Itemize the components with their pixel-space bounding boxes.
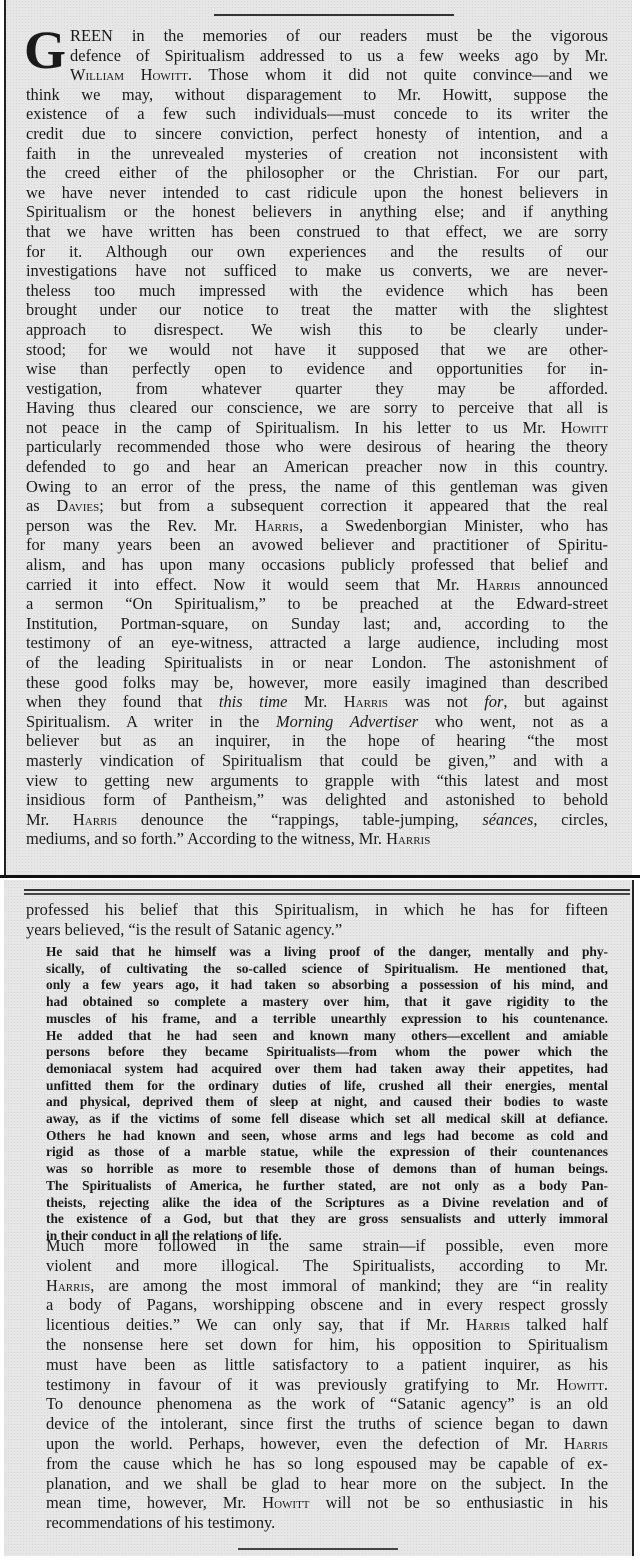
text-line: He said that he himself was a living pro… [26, 944, 608, 961]
text-line: stood; for we would not have it supposed… [26, 340, 608, 360]
text-line: faith in the unrevealed mysteries of cre… [26, 144, 608, 164]
text-line: The Spiritualists of America, he further… [26, 1178, 608, 1195]
text-line: was so horrible as more to resemble thos… [26, 1161, 608, 1178]
text-line: Others he had known and seen, whose arms… [26, 1128, 608, 1145]
closing-paragraph: Much more followed in the same strain—if… [26, 1236, 608, 1533]
text-line: approach to disrespect. We wish this to … [26, 320, 608, 340]
opening-paragraph: G REEN in the memories of our readers mu… [26, 26, 608, 849]
text-line: mediums, and so forth.” According to the… [26, 829, 608, 849]
text-line: Institution, Portman-square, on Sunday l… [26, 614, 608, 634]
text-line: Spiritualism. A writer in the Morning Ad… [26, 712, 608, 732]
text-line: for it. Although our own experiences and… [26, 242, 608, 262]
column-break-divider [0, 875, 640, 878]
text-line: only a few years ago, it had taken so ab… [26, 977, 608, 994]
text-line: rigid as those of a marble statue, while… [26, 1144, 608, 1161]
text-line: the nonsense here set down for him, his … [26, 1335, 608, 1355]
text-line: wise than perfectly open to evidence and… [26, 359, 608, 379]
text-line: violent and more illogical. The Spiritua… [26, 1256, 608, 1276]
text-line: view to getting new arguments to grapple… [26, 771, 608, 791]
text-line: Owing to an error of the press, the name… [26, 477, 608, 497]
text-line: a body of Pagans, worshipping obscene an… [26, 1295, 608, 1315]
text-line: a sermon “On Spiritualism,” to be preach… [26, 594, 608, 614]
text-line: investigations have not sufficed to make… [26, 261, 608, 281]
text-line: that we have written has been construed … [26, 222, 608, 242]
text-line: insidious form of Pantheism,” was deligh… [26, 790, 608, 810]
text-line: believer but as an inquirer, in the hope… [26, 731, 608, 751]
text-line: defended to go and hear an American prea… [26, 457, 608, 477]
text-line: Having thus cleared our conscience, we a… [26, 398, 608, 418]
text-line: unfitted them for the ordinary duties of… [26, 1078, 608, 1095]
text-line: licentious deities.” We can only say, th… [26, 1315, 608, 1335]
text-line: To denounce phenomena as the work of “Sa… [26, 1394, 608, 1414]
text-line: sically, of cultivating the so-called sc… [26, 961, 608, 978]
text-line: vestigation, from whatever quarter they … [26, 379, 608, 399]
text-line: theless too much impressed with the evid… [26, 281, 608, 301]
text-line: credit due to sincere conviction, perfec… [26, 124, 608, 144]
text-line: of the leading Spiritualists in or near … [26, 653, 608, 673]
text-line: we have never intended to cast ridicule … [26, 183, 608, 203]
text-line: Spiritualism or the honest believers in … [26, 202, 608, 222]
text-line: testimony of an eye-witness, attracted a… [26, 633, 608, 653]
text-line: persons before they became Spiritualists… [26, 1044, 608, 1061]
text-line: testimony in favour of it was previously… [26, 1375, 608, 1395]
drop-cap: G [24, 30, 66, 70]
text-line: had obtained so complete a mastery over … [26, 994, 608, 1011]
text-line: particularly recommended those who were … [26, 437, 608, 457]
text-line: theists, rejecting alike the idea of the… [26, 1195, 608, 1212]
text-line: think we may, without disparagement to M… [26, 85, 608, 105]
text-line: carried it into effect. Now it would see… [26, 575, 608, 595]
text-line: when they found that this time Mr. Harri… [26, 692, 608, 712]
text-line: professed his belief that this Spiritual… [26, 900, 608, 920]
section-rule-top [214, 14, 454, 16]
text-line: Much more followed in the same strain—if… [26, 1236, 608, 1256]
text-line: these good folks may be, however, more e… [26, 673, 608, 693]
text-line: the creed either of the philosopher or t… [26, 163, 608, 183]
text-line: William Howitt. Those whom it did not qu… [26, 65, 608, 85]
text-line: recommendations of his testimony. [26, 1513, 608, 1533]
text-line: planation, and we shall be glad to hear … [26, 1474, 608, 1494]
text-line: defence of Spiritualism addressed to us … [26, 46, 608, 66]
text-line: not peace in the camp of Spiritualism. I… [26, 418, 608, 438]
text-line: He added that he had seen and known many… [26, 1028, 608, 1045]
text-line: must have been as little satisfactory to… [26, 1355, 608, 1375]
text-line: upon the world. Perhaps, however, even t… [26, 1434, 608, 1454]
quoted-sermon-passage: He said that he himself was a living pro… [26, 944, 608, 1245]
text-line: away, as if the victims of some fell dis… [26, 1111, 608, 1128]
text-line: person was the Rev. Mr. Harris, a Sweden… [26, 516, 608, 536]
text-line: REEN in the memories of our readers must… [26, 26, 608, 46]
text-line: as Davies; but from a subsequent correct… [26, 496, 608, 516]
section-rule-double [24, 889, 630, 895]
text-line: demoniacal system had acquired over them… [26, 1061, 608, 1078]
text-line: from the cause which he has so long espo… [26, 1454, 608, 1474]
text-line: mean time, however, Mr. Howitt will not … [26, 1493, 608, 1513]
text-line: the existence of a God, but that they ar… [26, 1211, 608, 1228]
text-line: alism, and has upon many occasions publi… [26, 555, 608, 575]
text-line: brought under our notice to treat the ma… [26, 300, 608, 320]
text-line: masterly vindication of Spiritualism tha… [26, 751, 608, 771]
text-line: existence of a few such individuals—must… [26, 104, 608, 124]
text-line: for many years been an avowed believer a… [26, 535, 608, 555]
text-line: and physical, deprived them of sleep at … [26, 1094, 608, 1111]
text-line: muscles of his frame, and a terrible une… [26, 1011, 608, 1028]
text-line: Mr. Harris denounce the “rappings, table… [26, 810, 608, 830]
text-line: device of the intolerant, since first th… [26, 1414, 608, 1434]
continuation-paragraph: professed his belief that this Spiritual… [26, 900, 608, 940]
text-line: years believed, “is the result of Satani… [26, 920, 608, 940]
section-rule-end [238, 1548, 398, 1550]
text-line: Harris, are among the most immoral of ma… [26, 1276, 608, 1296]
